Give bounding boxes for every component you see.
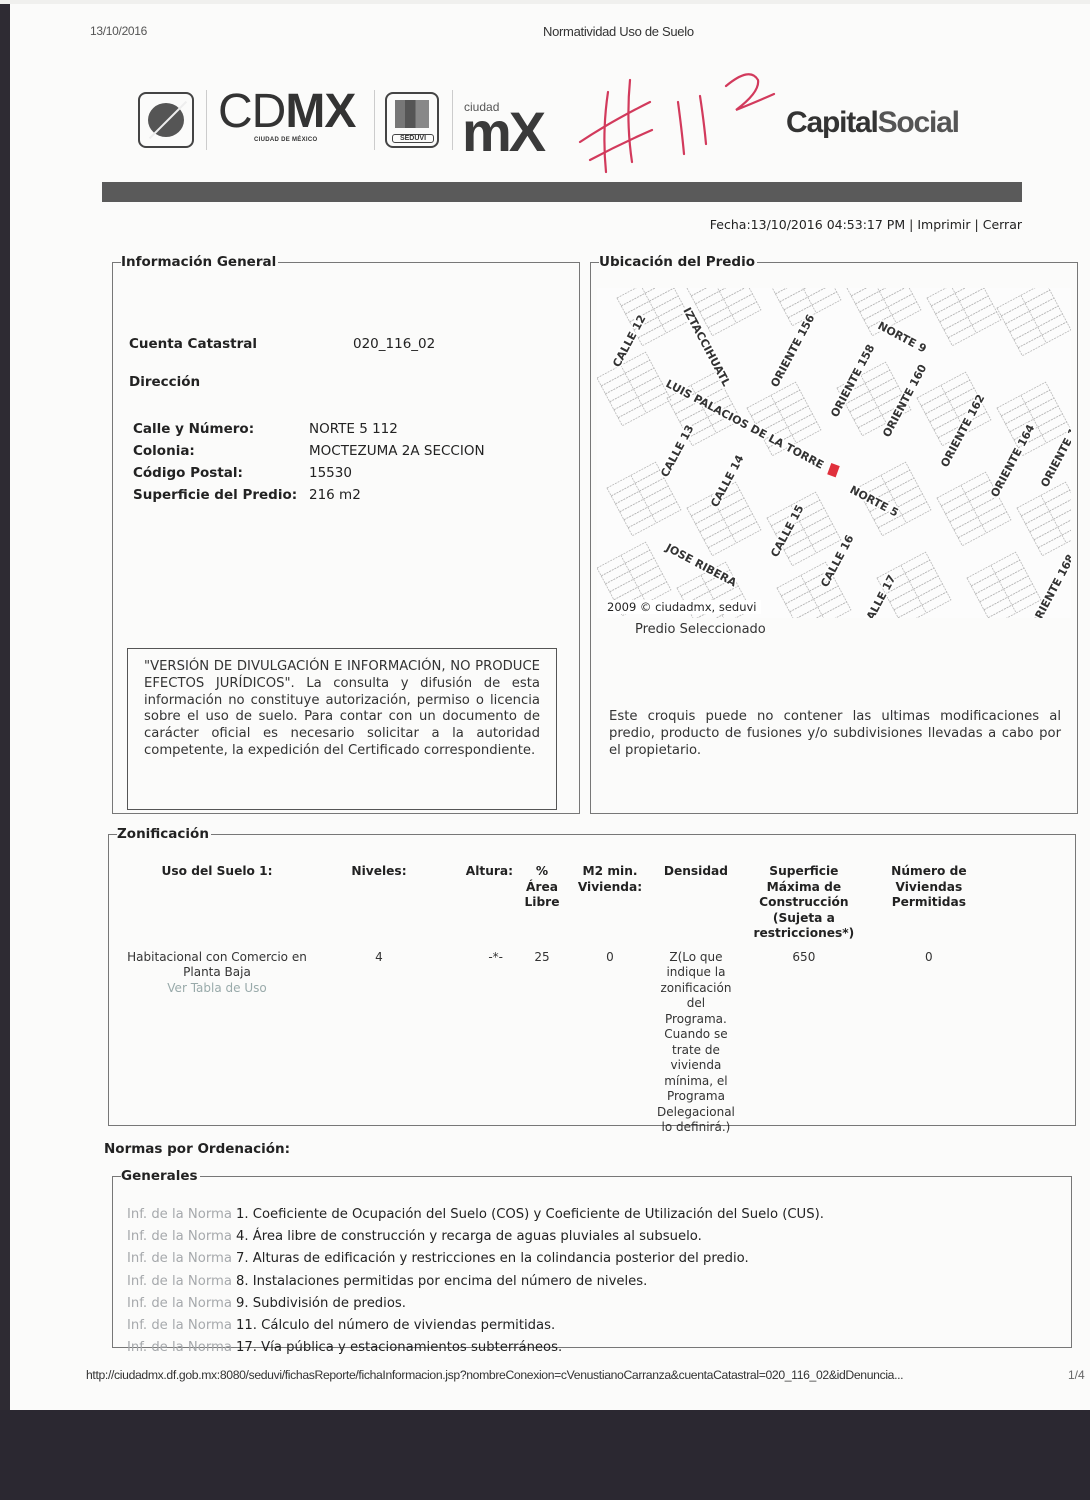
col-superficie-max: Superficie Máxima de Construcción (Sujet… bbox=[739, 864, 869, 942]
label-text: Cuenta Catastral bbox=[129, 336, 257, 352]
address-row: Colonia:MOCTEZUMA 2A SECCION bbox=[133, 440, 485, 462]
address-row: Superficie del Predio:216 m2 bbox=[133, 484, 485, 506]
normas-title: Normas por Ordenación: bbox=[104, 1141, 290, 1157]
capital-social-logo: CapitalSocial bbox=[786, 106, 959, 140]
map-copyright: 2009 © ciudadmx, seduvi bbox=[607, 600, 761, 614]
norma-text: 1. Coeficiente de Ocupación del Suelo (C… bbox=[236, 1207, 824, 1222]
cuenta-catastral-label: Cuenta Catastral bbox=[129, 336, 257, 352]
street-map: CALLE 12IZTACCIHUATLORIENTE 156NORTE 9OR… bbox=[597, 288, 1071, 618]
col-niveles: Niveles: bbox=[325, 864, 433, 942]
inf-de-la-norma-link[interactable]: Inf. de la Norma bbox=[127, 1274, 232, 1289]
map-selected-caption: Predio Seleccionado bbox=[635, 622, 766, 637]
location-map[interactable]: CALLE 12IZTACCIHUATLORIENTE 156NORTE 9OR… bbox=[597, 288, 1071, 618]
svg-text:CALLE 13: CALLE 13 bbox=[658, 423, 696, 480]
cell-num-viviendas: 0 bbox=[869, 942, 989, 1136]
cell-m2-min: 0 bbox=[567, 942, 653, 1136]
zonificacion-table: Uso del Suelo 1: Niveles: Altura: % Área… bbox=[109, 864, 1069, 1136]
col-altura: Altura: bbox=[433, 864, 517, 942]
print-title: Normatividad Uso de Suelo bbox=[543, 24, 694, 39]
cell-uso: Habitacional con Comercio en Planta Baja… bbox=[109, 942, 325, 1136]
cell-superficie-max: 650 bbox=[739, 942, 869, 1136]
print-link[interactable]: Imprimir bbox=[917, 217, 970, 232]
svg-text:IZTACCIHUATL: IZTACCIHUATL bbox=[680, 305, 733, 388]
handwritten-annotation bbox=[560, 62, 780, 182]
cdmx-logo-subtitle: CIUDAD DE MÉXICO bbox=[254, 137, 317, 143]
zonificacion-section: Zonificación Uso del Suelo 1: Niveles: A… bbox=[108, 826, 1076, 1126]
ubicacion-predio-section: Ubicación del Predio CALLE 12IZTACCIHUAT… bbox=[590, 254, 1078, 814]
address-value: 15530 bbox=[309, 462, 352, 484]
ver-tabla-de-uso-link[interactable]: Ver Tabla de Uso bbox=[113, 981, 321, 997]
normas-list: Inf. de la Norma1. Coeficiente de Ocupac… bbox=[127, 1204, 824, 1359]
separator: | bbox=[909, 217, 913, 232]
uso-text: Habitacional con Comercio en Planta Baja bbox=[127, 950, 307, 980]
informacion-general-section: Información General Cuenta Catastral 020… bbox=[112, 254, 580, 814]
seduvi-logo-label: SEDUVI bbox=[392, 134, 434, 143]
logo-divider bbox=[206, 90, 207, 150]
norma-text: 4. Área libre de construcción y recarga … bbox=[236, 1229, 702, 1244]
norma-text: 7. Alturas de edificación y restriccione… bbox=[236, 1251, 749, 1266]
svg-text:NORTE 5: NORTE 5 bbox=[848, 483, 901, 519]
header-bar bbox=[102, 182, 1022, 202]
address-block: Calle y Número:NORTE 5 112 Colonia:MOCTE… bbox=[133, 418, 485, 506]
svg-text:CALLE 17: CALLE 17 bbox=[860, 573, 898, 618]
svg-text:ORIENTE 166: ORIENTE 166 bbox=[1038, 412, 1071, 489]
inf-de-la-norma-link[interactable]: Inf. de la Norma bbox=[127, 1296, 232, 1311]
norma-text: 8. Instalaciones permitidas por encima d… bbox=[236, 1274, 647, 1289]
map-note: Este croquis puede no contener las ultim… bbox=[609, 708, 1061, 759]
svg-text:ORIENTE 156: ORIENTE 156 bbox=[768, 312, 817, 389]
cdmx-coat-of-arms-logo bbox=[138, 92, 194, 148]
section-legend: Zonificación bbox=[117, 826, 211, 842]
address-value: MOCTEZUMA 2A SECCION bbox=[309, 440, 485, 462]
section-legend: Generales bbox=[121, 1168, 200, 1184]
close-link[interactable]: Cerrar bbox=[983, 217, 1022, 232]
legal-disclaimer: "VERSIÓN DE DIVULGACIÓN E INFORMACIÓN, N… bbox=[127, 648, 557, 810]
separator: | bbox=[975, 217, 979, 232]
list-item: Inf. de la Norma4. Área libre de constru… bbox=[127, 1226, 824, 1248]
norma-text: 9. Subdivisión de predios. bbox=[236, 1296, 406, 1311]
svg-text:ORIENTE 158: ORIENTE 158 bbox=[828, 342, 877, 419]
print-date: 13/10/2016 bbox=[90, 24, 147, 38]
cell-area-libre: 25 bbox=[517, 942, 567, 1136]
norma-text: 17. Vía pública y estacionamientos subte… bbox=[236, 1340, 562, 1355]
section-legend: Información General bbox=[121, 254, 278, 270]
inf-de-la-norma-link[interactable]: Inf. de la Norma bbox=[127, 1207, 232, 1222]
col-num-viviendas: Número de Viviendas Permitidas bbox=[869, 864, 989, 942]
address-row: Calle y Número:NORTE 5 112 bbox=[133, 418, 485, 440]
cell-niveles: 4 bbox=[325, 942, 433, 1136]
col-uso: Uso del Suelo 1: bbox=[109, 864, 325, 942]
svg-text:ORIENTE 168: ORIENTE 168 bbox=[1028, 552, 1071, 618]
table-header-row: Uso del Suelo 1: Niveles: Altura: % Área… bbox=[109, 864, 1069, 942]
svg-text:ORIENTE 164: ORIENTE 164 bbox=[988, 422, 1037, 499]
col-densidad: Densidad bbox=[653, 864, 739, 942]
address-value: NORTE 5 112 bbox=[309, 418, 398, 440]
inf-de-la-norma-link[interactable]: Inf. de la Norma bbox=[127, 1340, 232, 1355]
fecha-toolbar: Fecha:13/10/2016 04:53:17 PM | Imprimir … bbox=[710, 217, 1022, 232]
scanner-background bbox=[0, 1410, 1090, 1500]
seal-icon bbox=[148, 103, 184, 137]
print-footer-url: http://ciudadmx.df.gob.mx:8080/seduvi/fi… bbox=[86, 1368, 903, 1382]
cell-altura: -*- bbox=[433, 942, 517, 1136]
list-item: Inf. de la Norma11. Cálculo del número d… bbox=[127, 1315, 824, 1337]
svg-text:NORTE 9: NORTE 9 bbox=[876, 319, 929, 355]
svg-text:CALLE 14: CALLE 14 bbox=[708, 452, 747, 509]
address-label: Colonia: bbox=[133, 440, 309, 462]
svg-text:CALLE 15: CALLE 15 bbox=[768, 503, 806, 560]
logo-divider bbox=[452, 90, 453, 150]
normas-generales-section: Generales Inf. de la Norma1. Coeficiente… bbox=[112, 1168, 1072, 1348]
cdmx-logo-cd: CD bbox=[218, 85, 285, 138]
direccion-label: Dirección bbox=[129, 374, 200, 390]
capital-social-logo-capital: Capital bbox=[786, 106, 878, 139]
fecha-value: 13/10/2016 04:53:17 PM bbox=[751, 217, 905, 232]
inf-de-la-norma-link[interactable]: Inf. de la Norma bbox=[127, 1318, 232, 1333]
list-item: Inf. de la Norma7. Alturas de edificació… bbox=[127, 1248, 824, 1270]
list-item: Inf. de la Norma8. Instalaciones permiti… bbox=[127, 1271, 824, 1293]
col-area-libre: % Área Libre bbox=[517, 864, 567, 942]
seduvi-logo: SEDUVI bbox=[385, 92, 439, 148]
building-icon bbox=[395, 100, 429, 128]
svg-text:CALLE 16: CALLE 16 bbox=[818, 532, 857, 589]
list-item: Inf. de la Norma9. Subdivisión de predio… bbox=[127, 1293, 824, 1315]
svg-text:JOSE RIBERA: JOSE RIBERA bbox=[663, 541, 739, 590]
ciudad-mx-logo: mX bbox=[462, 104, 543, 160]
address-value: 216 m2 bbox=[309, 484, 361, 506]
inf-de-la-norma-link[interactable]: Inf. de la Norma bbox=[127, 1229, 232, 1244]
selected-lot-marker[interactable] bbox=[827, 463, 840, 477]
cdmx-logo-mx: MX bbox=[285, 85, 355, 138]
address-label: Código Postal: bbox=[133, 462, 309, 484]
table-row: Habitacional con Comercio en Planta Baja… bbox=[109, 942, 1069, 1136]
cell-densidad: Z(Lo que indique la zonificación del Pro… bbox=[653, 942, 739, 1136]
fecha-label: Fecha: bbox=[710, 217, 751, 232]
list-item: Inf. de la Norma17. Vía pública y estaci… bbox=[127, 1337, 824, 1359]
logo-divider bbox=[374, 90, 375, 150]
list-item: Inf. de la Norma1. Coeficiente de Ocupac… bbox=[127, 1204, 824, 1226]
address-row: Código Postal:15530 bbox=[133, 462, 485, 484]
svg-text:ORIENTE 160: ORIENTE 160 bbox=[880, 362, 929, 439]
inf-de-la-norma-link[interactable]: Inf. de la Norma bbox=[127, 1251, 232, 1266]
scan-left-edge bbox=[0, 4, 10, 1410]
col-m2-min: M2 min. Vivienda: bbox=[567, 864, 653, 942]
norma-text: 11. Cálculo del número de viviendas perm… bbox=[236, 1318, 555, 1333]
cdmx-logo: CDMX bbox=[218, 88, 355, 136]
capital-social-logo-social: Social bbox=[878, 106, 959, 139]
print-footer-page: 1/4 bbox=[1068, 1368, 1085, 1382]
address-label: Calle y Número: bbox=[133, 418, 309, 440]
section-legend: Ubicación del Predio bbox=[599, 254, 757, 270]
cuenta-catastral-value: 020_116_02 bbox=[353, 336, 435, 352]
label-text: Dirección bbox=[129, 374, 200, 390]
address-label: Superficie del Predio: bbox=[133, 484, 309, 506]
